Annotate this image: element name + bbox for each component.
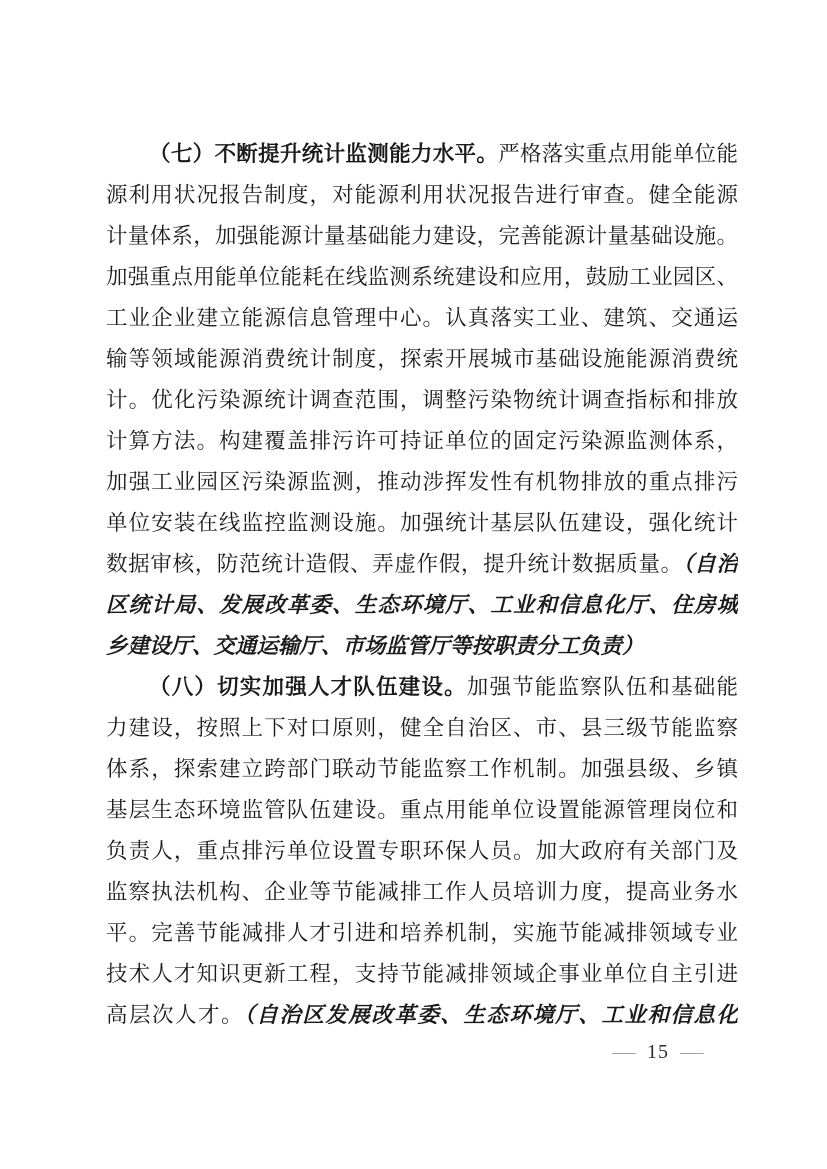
text-run-kai: （自治 xyxy=(683,552,738,576)
text-line: （八）切实加强人才队伍建设。加强节能监察队伍和基础能 xyxy=(106,667,738,708)
text-run-lead: （七）不断提升统计监测能力水平。 xyxy=(149,142,498,166)
document-page: （七）不断提升统计监测能力水平。严格落实重点用能单位能源利用状况报告制度，对能源… xyxy=(0,0,827,1169)
text-run-kai: 区统计局、发展改革委、生态环境厅、工业和信息化厅、住房城 xyxy=(106,593,738,617)
page-number-dash-left: — xyxy=(612,1043,635,1061)
text-line: 乡建设厅、交通运输厅、市场监管厅等按职责分工负责） xyxy=(106,626,738,667)
text-line: 力建设，按照上下对口原则，健全自治区、市、县三级节能监察 xyxy=(106,708,738,749)
text-line: 源利用状况报告制度，对能源利用状况报告进行审查。健全能源 xyxy=(106,175,738,216)
text-run-body: 加强节能监察队伍和基础能 xyxy=(467,675,738,699)
text-line: （七）不断提升统计监测能力水平。严格落实重点用能单位能 xyxy=(106,134,738,175)
text-line: 数据审核，防范统计造假、弄虚作假，提升统计数据质量。（自治 xyxy=(106,544,738,585)
text-run-body: 计算方法。构建覆盖排污许可持证单位的固定污染源监测体系， xyxy=(106,429,738,453)
text-run-body: 加强重点用能单位能耗在线监测系统建设和应用，鼓励工业园区、 xyxy=(106,265,738,289)
page-number: — 15 — xyxy=(598,1038,718,1066)
text-line: 平。完善节能减排人才引进和培养机制，实施节能减排领域专业 xyxy=(106,913,738,954)
text-line: 加强重点用能单位能耗在线监测系统建设和应用，鼓励工业园区、 xyxy=(106,257,738,298)
text-run-body: 基层生态环境监管队伍建设。重点用能单位设置能源管理岗位和 xyxy=(106,798,738,822)
text-run-body: 监察执法机构、企业等节能减排工作人员培训力度，提高业务水 xyxy=(106,880,738,904)
text-line: 监察执法机构、企业等节能减排工作人员培训力度，提高业务水 xyxy=(106,872,738,913)
text-run-body: 单位安装在线监控监测设施。加强统计基层队伍建设，强化统计 xyxy=(106,511,738,535)
text-run-body: 技术人才知识更新工程，支持节能减排领域企事业单位自主引进 xyxy=(106,962,738,986)
text-run-body: 体系，探索建立跨部门联动节能监察工作机制。加强县级、乡镇 xyxy=(106,757,738,781)
text-run-body: 源利用状况报告制度，对能源利用状况报告进行审查。健全能源 xyxy=(106,183,738,207)
page-number-value: 15 xyxy=(647,1041,669,1064)
text-line: 体系，探索建立跨部门联动节能监察工作机制。加强县级、乡镇 xyxy=(106,749,738,790)
text-run-body: 数据审核，防范统计造假、弄虚作假，提升统计数据质量。 xyxy=(106,552,683,576)
text-run-body: 输等领域能源消费统计制度，探索开展城市基础设施能源消费统 xyxy=(106,347,738,371)
text-line: 区统计局、发展改革委、生态环境厅、工业和信息化厅、住房城 xyxy=(106,585,738,626)
text-run-body: 计。优化污染源统计调查范围，调整污染物统计调查指标和排放 xyxy=(106,388,738,412)
text-run-body: 高层次人才。 xyxy=(106,1003,244,1027)
text-line: 基层生态环境监管队伍建设。重点用能单位设置能源管理岗位和 xyxy=(106,790,738,831)
text-line: 高层次人才。（自治区发展改革委、生态环境厅、工业和信息化 xyxy=(106,995,738,1036)
text-column: （七）不断提升统计监测能力水平。严格落实重点用能单位能源利用状况报告制度，对能源… xyxy=(106,134,738,1036)
text-run-body: 加强工业园区污染源监测，推动涉挥发性有机物排放的重点排污 xyxy=(106,470,738,494)
text-run-body: 工业企业建立能源信息管理中心。认真落实工业、建筑、交通运 xyxy=(106,306,738,330)
text-run-body: 负责人，重点排污单位设置专职环保人员。加大政府有关部门及 xyxy=(106,839,738,863)
text-line: 计量体系，加强能源计量基础能力建设，完善能源计量基础设施。 xyxy=(106,216,738,257)
text-line: 计。优化污染源统计调查范围，调整污染物统计调查指标和排放 xyxy=(106,380,738,421)
text-line: 负责人，重点排污单位设置专职环保人员。加大政府有关部门及 xyxy=(106,831,738,872)
text-run-body: 严格落实重点用能单位能 xyxy=(498,142,738,166)
text-run-lead: （八）切实加强人才队伍建设。 xyxy=(149,675,467,699)
page-number-dash-right: — xyxy=(680,1043,703,1061)
text-line: 计算方法。构建覆盖排污许可持证单位的固定污染源监测体系， xyxy=(106,421,738,462)
text-line: 工业企业建立能源信息管理中心。认真落实工业、建筑、交通运 xyxy=(106,298,738,339)
text-line: 输等领域能源消费统计制度，探索开展城市基础设施能源消费统 xyxy=(106,339,738,380)
text-run-kai: （自治区发展改革委、生态环境厅、工业和信息化 xyxy=(244,1003,738,1027)
text-run-body: 计量体系，加强能源计量基础能力建设，完善能源计量基础设施。 xyxy=(106,224,738,248)
text-run-body: 力建设，按照上下对口原则，健全自治区、市、县三级节能监察 xyxy=(106,716,738,740)
text-line: 技术人才知识更新工程，支持节能减排领域企事业单位自主引进 xyxy=(106,954,738,995)
text-line: 加强工业园区污染源监测，推动涉挥发性有机物排放的重点排污 xyxy=(106,462,738,503)
text-run-kai: 乡建设厅、交通运输厅、市场监管厅等按职责分工负责） xyxy=(106,634,644,658)
text-line: 单位安装在线监控监测设施。加强统计基层队伍建设，强化统计 xyxy=(106,503,738,544)
text-run-body: 平。完善节能减排人才引进和培养机制，实施节能减排领域专业 xyxy=(106,921,738,945)
